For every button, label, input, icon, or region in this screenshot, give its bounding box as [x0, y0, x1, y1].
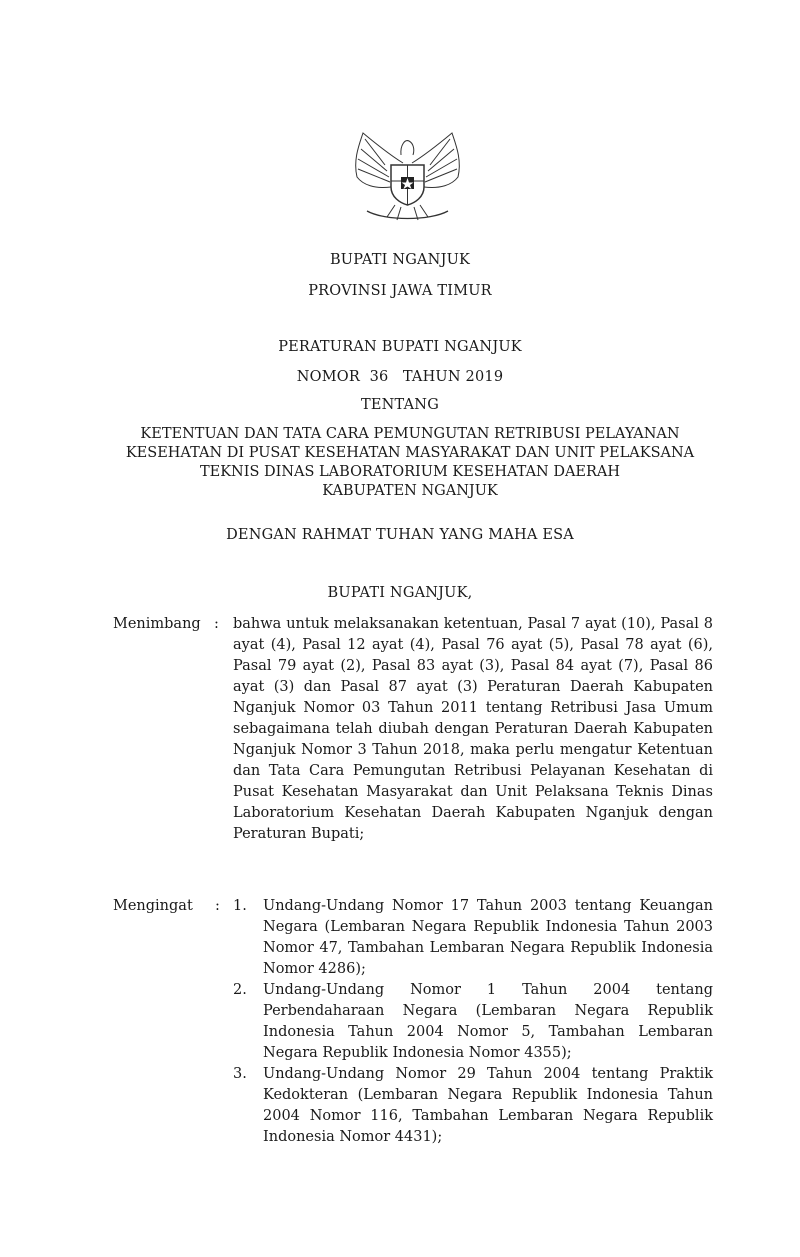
- list-number: 1.: [233, 896, 247, 917]
- mengingat-colon: :: [215, 896, 220, 917]
- list-text: Undang-Undang Nomor 29 Tahun 2004 tentan…: [263, 1064, 713, 1148]
- list-item: 1. Undang-Undang Nomor 17 Tahun 2003 ten…: [233, 896, 713, 980]
- list-number: 3.: [233, 1064, 247, 1085]
- regulation-title: KETENTUAN DAN TATA CARA PEMUNGUTAN RETRI…: [100, 425, 720, 501]
- regulation-type: PERATURAN BUPATI NGANJUK: [0, 339, 800, 355]
- invocation: DENGAN RAHMAT TUHAN YANG MAHA ESA: [0, 527, 800, 543]
- authority-heading: BUPATI NGANJUK,: [0, 585, 800, 601]
- list-item: 3. Undang-Undang Nomor 29 Tahun 2004 ten…: [233, 1064, 713, 1148]
- mengingat-list: 1. Undang-Undang Nomor 17 Tahun 2003 ten…: [233, 896, 713, 1148]
- list-text: Undang-Undang Nomor 17 Tahun 2003 tentan…: [263, 896, 713, 980]
- menimbang-colon: :: [214, 614, 219, 635]
- mengingat-label: Mengingat: [113, 896, 193, 917]
- title-line: TEKNIS DINAS LABORATORIUM KESEHATAN DAER…: [100, 463, 720, 482]
- list-number: 2.: [233, 980, 247, 1001]
- title-line: KABUPATEN NGANJUK: [100, 482, 720, 501]
- province-title: PROVINSI JAWA TIMUR: [0, 283, 800, 299]
- menimbang-label: Menimbang: [113, 614, 201, 635]
- title-line: KETENTUAN DAN TATA CARA PEMUNGUTAN RETRI…: [100, 425, 720, 444]
- list-text: Undang-Undang Nomor 1 Tahun 2004 tentang…: [263, 980, 713, 1064]
- list-item: 2. Undang-Undang Nomor 1 Tahun 2004 tent…: [233, 980, 713, 1064]
- menimbang-text: bahwa untuk melaksanakan ketentuan, Pasa…: [233, 614, 713, 845]
- issuer-title: BUPATI NGANJUK: [0, 252, 800, 268]
- regulation-about: TENTANG: [0, 397, 800, 413]
- regulation-number: NOMOR 36 TAHUN 2019: [0, 369, 800, 385]
- garuda-emblem-icon: [345, 125, 470, 225]
- title-line: KESEHATAN DI PUSAT KESEHATAN MASYARAKAT …: [100, 444, 720, 463]
